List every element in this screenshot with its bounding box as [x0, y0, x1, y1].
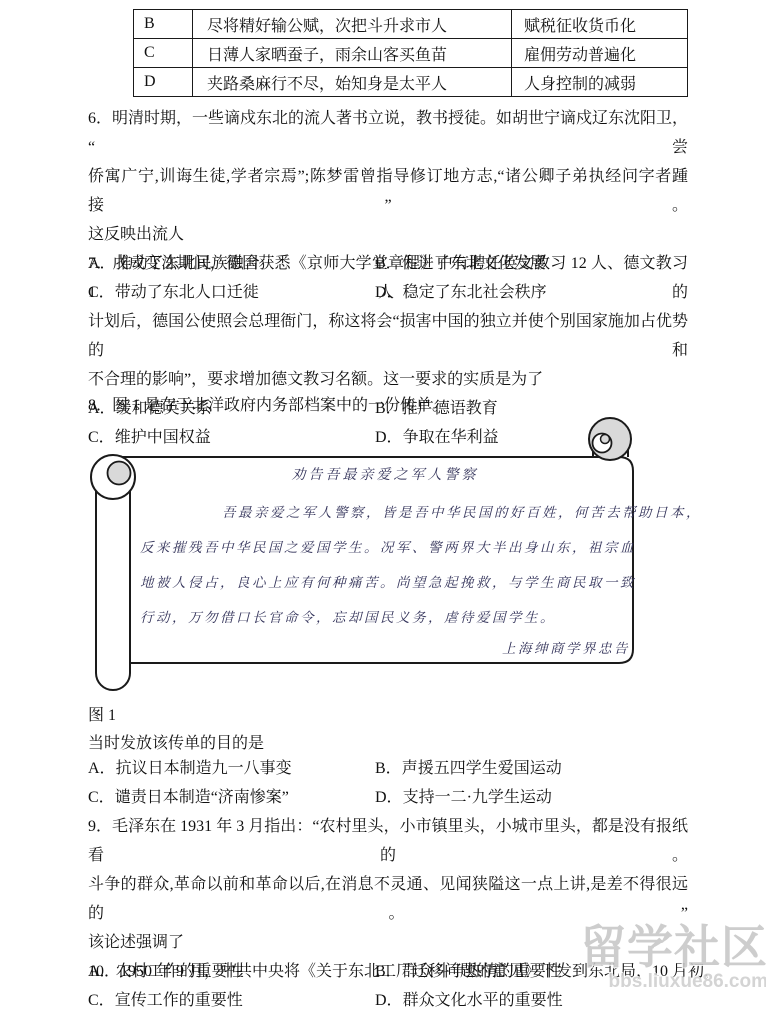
flyer-line: 行动，万勿借口长官命令，忘却国民义务，虐待爱国学生。	[140, 606, 630, 626]
question-line: 斗争的群众,革命以前和革命以后,在消息不灵通、见闻狭隘这一点上讲,是差不得很远的…	[88, 870, 688, 928]
table-row: C 日薄人家晒蚕子，雨余山客买鱼苗 雇佣劳动普遍化	[134, 39, 688, 68]
flyer-figure: 劝告吾最亲爱之军人警察 吾最亲爱之军人警察，皆是吾中华民国的好百姓，何苦去帮助日…	[88, 415, 653, 700]
watermark-site: bbs.liuxue86.com	[580, 972, 766, 992]
option-label: B．	[375, 760, 402, 777]
option-row: A．抗议日本制造九一八事变 B．声援五四学生爱国运动	[88, 754, 688, 783]
flyer-line: 吾最亲爱之军人警察，皆是吾中华民国的好百姓，何苦去帮助日本，	[140, 501, 630, 521]
option-label: A．	[88, 760, 116, 777]
row-key: D	[134, 68, 193, 97]
row-feature: 人身控制的减弱	[512, 68, 688, 97]
row-poem: 日薄人家晒蚕子，雨余山客买鱼苗	[193, 39, 512, 68]
option-label: D．	[375, 789, 403, 806]
option-text: 宣传工作的重要性	[115, 992, 243, 1009]
option-a: A．抗议日本制造九一八事变	[88, 754, 375, 783]
option-text: 支持一二·九学生运动	[403, 789, 552, 806]
option-b: B．声援五四学生爱国运动	[375, 754, 562, 783]
question-line: 侨寓广宁,训诲生徒,学者宗焉”;陈梦雷曾指导修订地方志,“诸公卿子弟执经问字者踵…	[88, 162, 688, 220]
scroll-graphic	[88, 415, 653, 700]
question-line: 计划后，德国公使照会总理衙门，称这将会“损害中国的独立并使个别国家施加占优势的和	[88, 307, 688, 365]
question-8-options: A．抗议日本制造九一八事变 B．声援五四学生爱国运动 C．谴责日本制造“济南惨案…	[88, 754, 688, 812]
row-feature: 赋税征收货币化	[512, 10, 688, 39]
flyer-line: 地被人侵占，良心上应有何种痛苦。尚望急起挽救，与学生商民取一致	[140, 571, 630, 591]
table-row: D 夹路桑麻行不尽，始知身是太平人 人身控制的减弱	[134, 68, 688, 97]
question-line: 不合理的影响”，要求增加德文教习名额。这一要求的实质是为了	[88, 365, 688, 394]
option-row: C．谴责日本制造“济南惨案” D．支持一二·九学生运动	[88, 783, 688, 812]
table-row: B 尽将精好输公赋，次把斗升求市人 赋税征收货币化	[134, 10, 688, 39]
option-c: C．宣传工作的重要性	[88, 986, 375, 1015]
question-line: 9．毛泽东在 1931 年 3 月指出：“农村里头，小市镇里头，小城市里头，都是…	[88, 812, 688, 870]
figure-caption: 图 1	[88, 701, 116, 730]
option-text: 声援五四学生爱国运动	[402, 760, 562, 777]
option-d: D．群众文化水平的重要性	[375, 986, 563, 1015]
option-text: 群众文化水平的重要性	[403, 992, 563, 1009]
option-label: C．	[88, 789, 115, 806]
option-c: C．谴责日本制造“济南惨案”	[88, 783, 375, 812]
row-key: B	[134, 10, 193, 39]
flyer-title: 劝告吾最亲爱之军人警察	[140, 464, 630, 484]
row-feature: 雇佣劳动普遍化	[512, 39, 688, 68]
option-d: D．支持一二·九学生运动	[375, 783, 552, 812]
options-table: B 尽将精好输公赋，次把斗升求市人 赋税征收货币化 C 日薄人家晒蚕子，雨余山客…	[133, 9, 688, 97]
question-line: 6．明清时期，一些谪戍东北的流人著书立说，教书授徒。如胡世宁谪戍辽东沈阳卫，“尝	[88, 104, 688, 162]
exam-table: B 尽将精好输公赋，次把斗升求市人 赋税征收货币化 C 日薄人家晒蚕子，雨余山客…	[133, 9, 688, 97]
option-label: D．	[375, 992, 403, 1009]
exam-page: { "table": { "rows": [ {"key": "B", "poe…	[0, 0, 766, 1016]
flyer-signature: 上海绅商学界忠告	[140, 637, 630, 657]
option-label: C．	[88, 992, 115, 1009]
row-poem: 夹路桑麻行不尽，始知身是太平人	[193, 68, 512, 97]
option-text: 抗议日本制造九一八事变	[116, 760, 292, 777]
option-text: 谴责日本制造“济南惨案”	[115, 789, 289, 806]
row-key: C	[134, 39, 193, 68]
row-poem: 尽将精好输公赋，次把斗升求市人	[193, 10, 512, 39]
watermark-logo: 留学社区	[580, 922, 766, 972]
flyer-line: 反来摧残吾中华民国之爱国学生。况军、警两界大半出身山东，祖宗血	[140, 536, 630, 556]
question-line: 7．戊戌变法期间，德国获悉《京师大学堂章程》中有聘任英文教习 12 人、德文教习…	[88, 249, 688, 307]
watermark: 留学社区 bbs.liuxue86.com	[580, 922, 766, 992]
question-line: 这反映出流人	[88, 220, 688, 249]
